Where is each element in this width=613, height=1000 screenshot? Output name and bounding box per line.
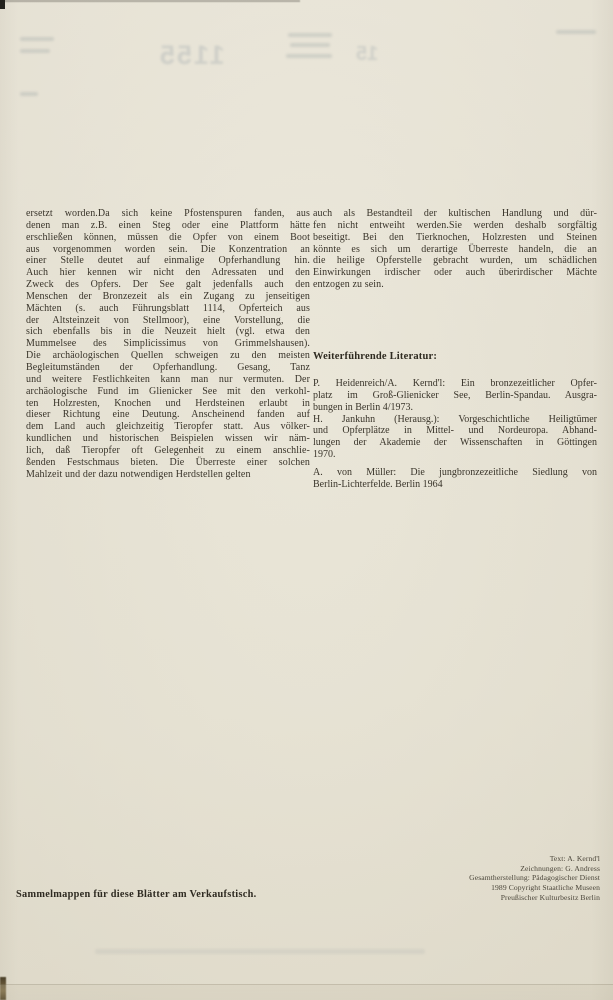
paper-crease — [0, 984, 613, 1000]
bleed-through-smudge — [286, 54, 332, 58]
bleed-through-smudge — [95, 949, 425, 954]
scan-edge-mark-top-left — [0, 0, 5, 9]
literature-list: P. Heidenreich/A. Kernd'l: Ein bronzezei… — [313, 378, 597, 491]
bleed-through-smudge — [288, 33, 332, 37]
scanned-document-page: 1155 15 ersetzt worden.Da sich keine Pfo… — [0, 0, 613, 1000]
bleed-through-smudge — [20, 49, 50, 53]
bleed-through-smudge — [556, 30, 596, 34]
literature-entry: A. von Müller: Die jungbronzezeitliche S… — [313, 467, 597, 491]
bleed-through-smudge — [290, 43, 330, 47]
literature-entry: H. Jankuhn (Herausg.): Vorgeschichtliche… — [313, 414, 597, 461]
literature-entry: P. Heidenreich/A. Kernd'l: Ein bronzezei… — [313, 378, 597, 414]
literature-heading: Weiterführende Literatur: — [313, 351, 437, 362]
bleed-through-number-side: 15 — [356, 43, 378, 66]
body-text-left-column: ersetzt worden.Da sich keine Pfostenspur… — [26, 208, 310, 480]
body-text-right-column: auch als Bestandteil der kultischen Hand… — [313, 208, 597, 291]
credits-block: Text: A. Kernd'lZeichnungen: G. AndressG… — [370, 854, 600, 903]
footer-note: Sammelmappen für diese Blätter am Verkau… — [16, 889, 257, 900]
scan-edge-top — [0, 0, 300, 2]
bleed-through-smudge — [20, 37, 54, 41]
bleed-through-smudge — [20, 92, 38, 96]
bleed-through-number: 1155 — [158, 40, 225, 71]
paper-vignette — [0, 0, 613, 1000]
